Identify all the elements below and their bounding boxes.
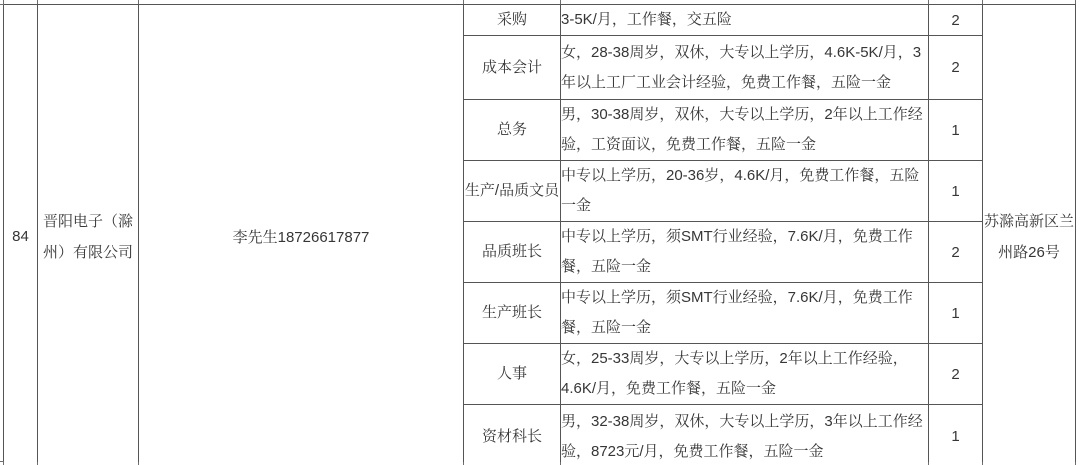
gridline-stub	[138, 0, 139, 4]
address-cell: 苏滁高新区兰州路26号	[983, 5, 1076, 465]
requirements-cell: 3-5K/月，工作餐，交五险	[561, 5, 929, 36]
requirements-cell: 中专以上学历，须SMT行业经验，7.6K/月，免费工作餐，五险一金	[561, 222, 929, 283]
requirements-cell: 男，32-38周岁，双休，大专以上学历，3年以上工作经验，8723元/月，免费工…	[561, 405, 929, 465]
position-cell: 人事	[464, 344, 561, 405]
position-cell: 生产班长	[464, 283, 561, 344]
position-cell: 总务	[464, 100, 561, 161]
gridline-stub	[463, 0, 464, 4]
gridline-stub	[0, 4, 4, 5]
requirements-cell: 中专以上学历，20-36岁，4.6K/月，免费工作餐，五险一金	[561, 161, 929, 222]
requirements-cell: 男，30-38周岁，双休，大专以上学历，2年以上工作经验，工资面议，免费工作餐，…	[561, 100, 929, 161]
requirements-cell: 女，25-33周岁，大专以上学历，2年以上工作经验，4.6K/月，免费工作餐，五…	[561, 344, 929, 405]
headcount-cell: 1	[929, 100, 983, 161]
position-cell: 生产/品质文员	[464, 161, 561, 222]
headcount-cell: 1	[929, 405, 983, 465]
headcount-cell: 2	[929, 5, 983, 36]
headcount-cell: 1	[929, 161, 983, 222]
gridline-stub	[928, 0, 929, 4]
position-cell: 品质班长	[464, 222, 561, 283]
gridline-stub	[0, 461, 4, 462]
gridline-stub	[982, 0, 983, 4]
row-number-cell: 84	[4, 5, 38, 465]
gridline-stub	[1075, 0, 1076, 4]
position-cell: 采购	[464, 5, 561, 36]
headcount-cell: 2	[929, 344, 983, 405]
headcount-cell: 2	[929, 222, 983, 283]
position-cell: 成本会计	[464, 36, 561, 100]
contact-cell: 李先生18726617877	[139, 5, 464, 465]
position-cell: 资材科长	[464, 405, 561, 465]
gridline-stub	[37, 0, 38, 4]
job-listing-table-screenshot: 84 晋阳电子（滁州）有限公司 李先生18726617877 采购 3-5K/月…	[0, 0, 1080, 465]
headcount-cell: 2	[929, 36, 983, 100]
job-table: 84 晋阳电子（滁州）有限公司 李先生18726617877 采购 3-5K/月…	[3, 4, 1076, 465]
gridline-stub	[560, 0, 561, 4]
requirements-cell: 女，28-38周岁，双休，大专以上学历，4.6K-5K/月，3年以上工厂工业会计…	[561, 36, 929, 100]
table-row: 84 晋阳电子（滁州）有限公司 李先生18726617877 采购 3-5K/月…	[4, 5, 1076, 36]
requirements-cell: 中专以上学历，须SMT行业经验，7.6K/月，免费工作餐，五险一金	[561, 283, 929, 344]
company-cell: 晋阳电子（滁州）有限公司	[38, 5, 139, 465]
headcount-cell: 1	[929, 283, 983, 344]
